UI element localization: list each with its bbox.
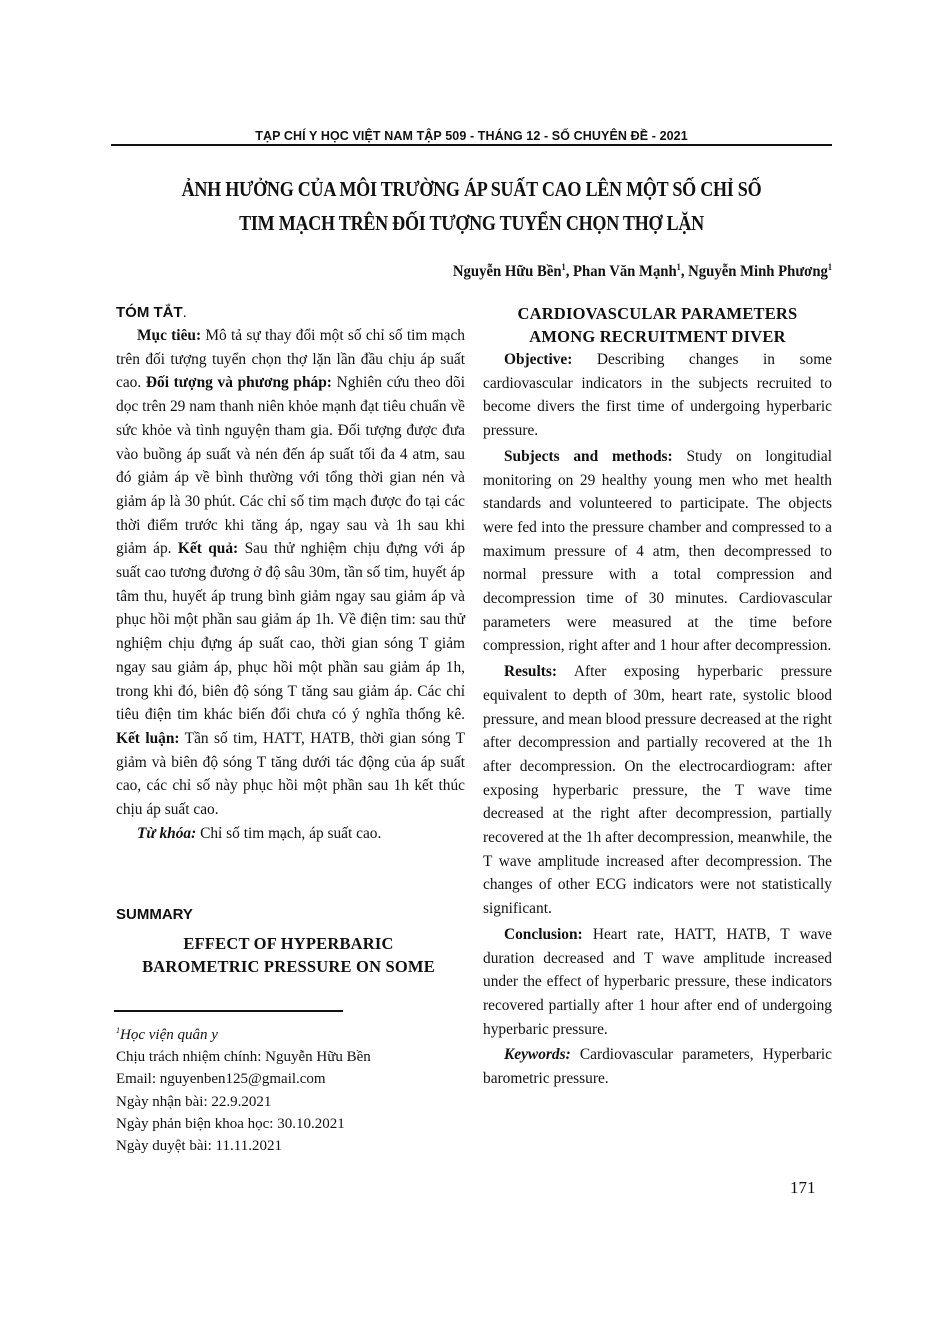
conclusion-label: Kết luận:: [116, 730, 180, 747]
author-affiliation-mark: 1: [562, 262, 566, 272]
author-affiliation-mark: 1: [828, 262, 832, 272]
header-rule: [111, 144, 832, 146]
english-title-part-2: CARDIOVASCULAR PARAMETERS AMONG RECRUITM…: [483, 302, 832, 348]
methods-label: Đối tượng và phương pháp:: [146, 374, 332, 391]
results-text: Sau thử nghiệm chịu đựng với áp suất cao…: [116, 540, 465, 723]
summary-results: Results: After exposing hyperbaric press…: [483, 660, 832, 921]
article-title-line-1: ẢNH HƯỞNG CỦA MÔI TRƯỜNG ÁP SUẤT CAO LÊN…: [152, 172, 791, 206]
summary-keywords-label: Keywords:: [504, 1046, 571, 1063]
page-number: 171: [790, 1178, 816, 1198]
abstract-heading: TÓM TẮT.: [116, 302, 465, 324]
keywords-label: Từ khóa:: [137, 825, 196, 842]
keywords-paragraph: Từ khóa: Chỉ số tim mạch, áp suất cao.: [116, 822, 465, 846]
english-summary: CARDIOVASCULAR PARAMETERS AMONG RECRUITM…: [483, 302, 832, 1091]
abstract-body: Mục tiêu: Mô tả sự thay đổi một số chỉ s…: [116, 324, 465, 822]
summary-conclusion: Conclusion: Heart rate, HATT, HATB, T wa…: [483, 923, 832, 1042]
running-header: TẠP CHÍ Y HỌC VIỆT NAM TẬP 509 - THÁNG 1…: [111, 129, 832, 143]
email: Email: nguyenben125@gmail.com: [116, 1068, 476, 1090]
summary-objective: Objective: Describing changes in some ca…: [483, 348, 832, 443]
summary-keywords: Keywords: Cardiovascular parameters, Hyp…: [483, 1043, 832, 1090]
author-name: Phan Văn Mạnh: [573, 263, 677, 280]
objective-label: Mục tiêu:: [137, 327, 201, 344]
summary-conclusion-label: Conclusion:: [504, 926, 583, 943]
author-affiliation-mark: 1: [677, 262, 681, 272]
article-title-line-2: TIM MẠCH TRÊN ĐỐI TƯỢNG TUYỂN CHỌN THỢ L…: [152, 206, 791, 240]
affiliation-text: Học viện quân y: [120, 1027, 218, 1043]
vietnamese-abstract: TÓM TẮT. Mục tiêu: Mô tả sự thay đổi một…: [116, 302, 465, 845]
english-title-line-2: BAROMETRIC PRESSURE ON SOME: [112, 955, 465, 978]
english-title-line-4: AMONG RECRUITMENT DIVER: [483, 325, 832, 348]
corresponding-author: Chịu trách nhiệm chính: Nguyễn Hữu Bền: [116, 1046, 476, 1068]
methods-text: Nghiên cứu theo dõi dọc trên 29 nam than…: [116, 374, 465, 557]
article-title: ẢNH HƯỞNG CỦA MÔI TRƯỜNG ÁP SUẤT CAO LÊN…: [152, 172, 791, 240]
author-name: Nguyễn Minh Phương: [688, 263, 828, 280]
footnotes: 1Học viện quân y Chịu trách nhiệm chính:…: [116, 1020, 476, 1157]
summary-methods-text: Study on longitudial monitoring on 29 he…: [483, 448, 832, 655]
abstract-heading-suffix: .: [183, 304, 187, 321]
review-date: Ngày phản biện khoa học: 30.10.2021: [116, 1113, 476, 1135]
summary-objective-label: Objective:: [504, 351, 572, 368]
keywords-text: Chỉ số tim mạch, áp suất cao.: [196, 825, 381, 842]
summary-results-text: After exposing hyperbaric pressure equiv…: [483, 663, 832, 917]
affiliation-footnote: 1Học viện quân y: [116, 1020, 476, 1046]
summary-results-label: Results:: [504, 663, 557, 680]
footnote-rule: [114, 1010, 343, 1012]
results-label: Kết quả:: [178, 540, 238, 557]
abstract-heading-text: TÓM TẮT: [116, 304, 183, 321]
accepted-date: Ngày duyệt bài: 11.11.2021: [116, 1135, 476, 1157]
english-title-line-3: CARDIOVASCULAR PARAMETERS: [483, 302, 832, 325]
received-date: Ngày nhận bài: 22.9.2021: [116, 1091, 476, 1113]
author-name: Nguyễn Hữu Bền: [453, 263, 562, 280]
author-list: Nguyễn Hữu Bền1, Phan Văn Mạnh1, Nguyễn …: [343, 256, 832, 283]
english-title-part-1: EFFECT OF HYPERBARIC BAROMETRIC PRESSURE…: [112, 932, 465, 978]
summary-heading: SUMMARY: [116, 906, 193, 923]
summary-methods-label: Subjects and methods:: [504, 448, 673, 465]
summary-methods: Subjects and methods: Study on longitudi…: [483, 445, 832, 658]
english-title-line-1: EFFECT OF HYPERBARIC: [112, 932, 465, 955]
